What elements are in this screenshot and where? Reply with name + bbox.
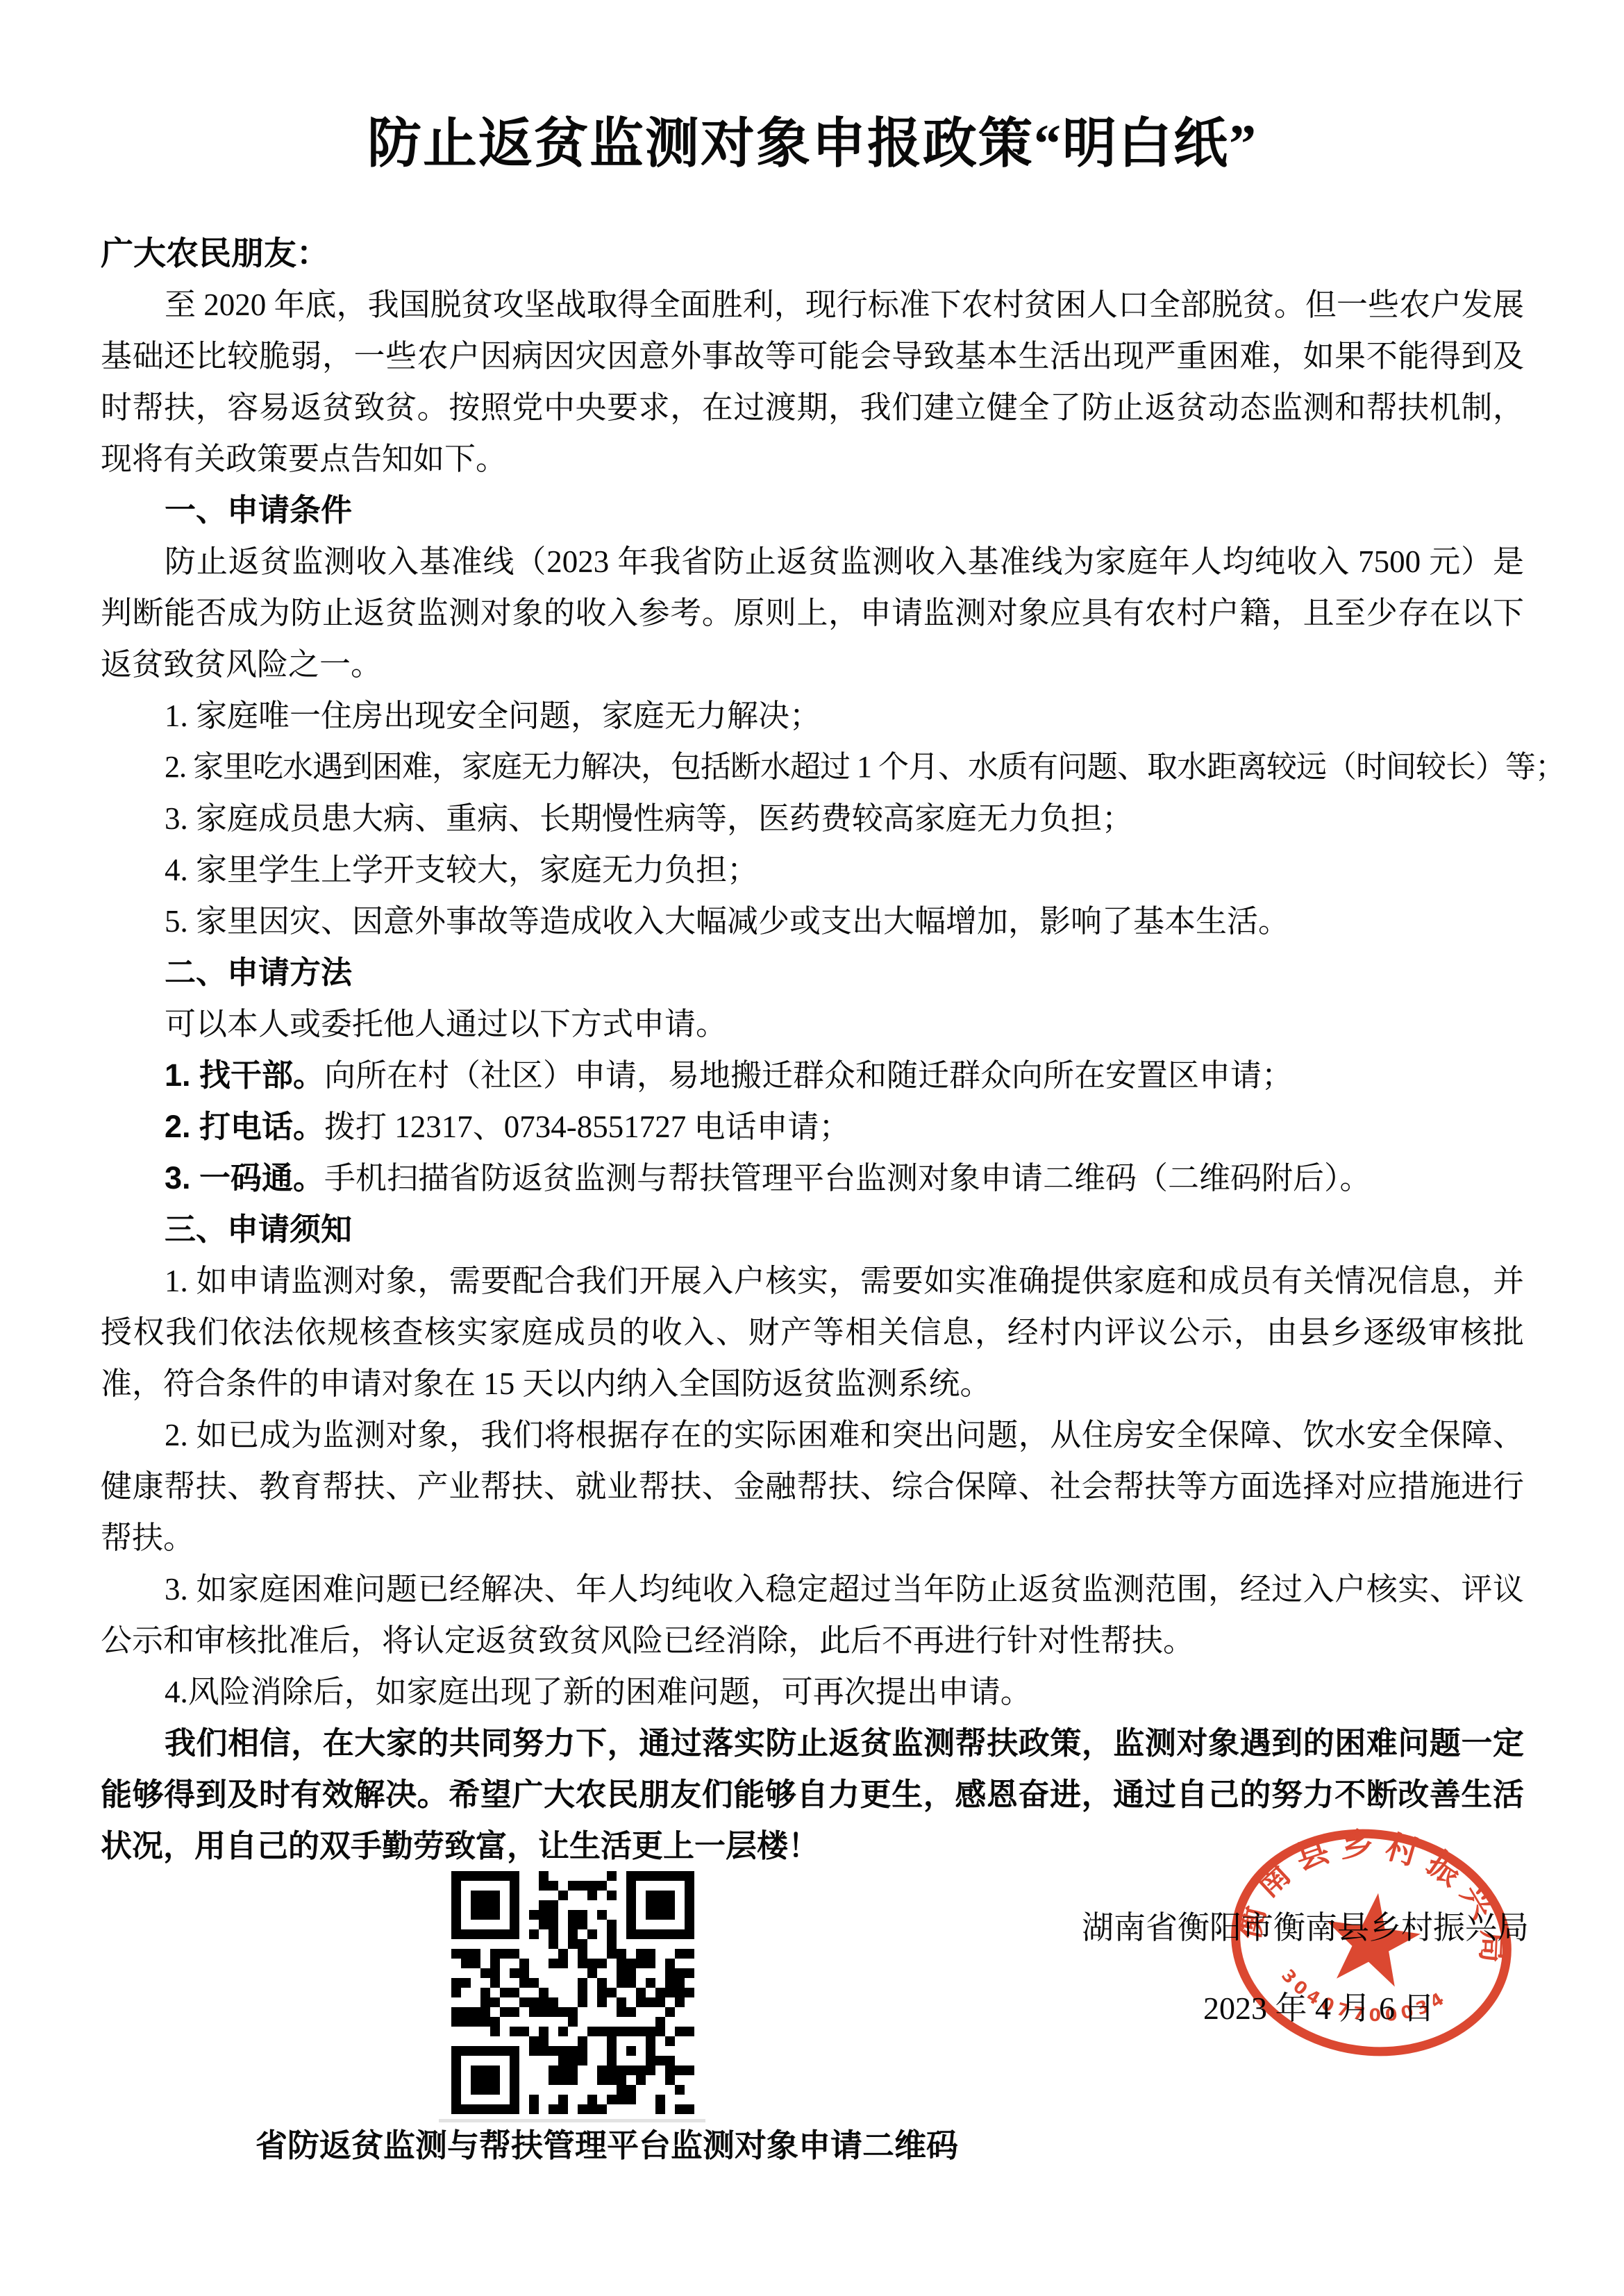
qr-code-image [451, 1871, 694, 2114]
notice-item: 1. 如申请监测对象，需要配合我们开展入户核实，需要如实准确提供家庭和成员有关情… [101, 1255, 1524, 1409]
method-item-label: 2. 打电话。 [165, 1109, 324, 1144]
method-item-text: 手机扫描省防返贫监测与帮扶管理平台监测对象申请二维码（二维码附后）。 [324, 1161, 1371, 1196]
seal-image: 衡南县乡村振兴局 4304077000346 [1210, 1805, 1532, 2079]
list-item: 1. 家庭唯一住房出现安全问题，家庭无力解决； [101, 690, 1524, 741]
notice-item: 2. 如已成为监测对象，我们将根据存在的实际困难和突出问题，从住房安全保障、饮水… [101, 1409, 1524, 1564]
qr-shadow-line [439, 2119, 705, 2122]
document-page: 防止返贫监测对象申报政策“明白纸” 广大农民朋友： 至 2020 年底，我国脱贫… [0, 0, 1624, 2296]
section-heading-2: 二、申请方法 [101, 947, 1524, 998]
qr-code [451, 1871, 694, 2114]
method-item: 2. 打电话。拨打 12317、0734-8551727 电话申请； [101, 1101, 1524, 1153]
method-item-text: 向所在村（社区）申请，易地搬迁群众和随迁群众向所在安置区申请； [324, 1058, 1293, 1093]
method-item-label: 1. 找干部。 [165, 1057, 324, 1093]
section-heading-1: 一、申请条件 [101, 485, 1524, 536]
official-seal: 衡南县乡村振兴局 4304077000346 [1210, 1805, 1532, 2079]
section-heading-3: 三、申请须知 [101, 1204, 1524, 1255]
document-body: 防止返贫监测对象申报政策“明白纸” 广大农民朋友： 至 2020 年底，我国脱贫… [101, 0, 1524, 1872]
body-text: 至 2020 年底，我国脱贫攻坚战取得全面胜利，现行标准下农村贫困人口全部脱贫。… [101, 279, 1524, 1872]
method-item-label: 3. 一码通。 [165, 1160, 324, 1196]
method-item-text: 拨打 12317、0734-8551727 电话申请； [324, 1109, 851, 1144]
list-item: 3. 家庭成员患大病、重病、长期慢性病等，医药费较高家庭无力负担； [101, 793, 1524, 844]
section1-lead: 防止返贫监测收入基准线（2023 年我省防止返贫监测收入基准线为家庭年人均纯收入… [101, 536, 1524, 690]
salutation: 广大农民朋友： [101, 232, 1524, 275]
notice-item: 3. 如家庭困难问题已经解决、年人均纯收入稳定超过当年防止返贫监测范围，经过入户… [101, 1564, 1524, 1666]
seal-star-icon [1319, 1886, 1425, 1989]
list-item: 5. 家里因灾、因意外事故等造成收入大幅减少或支出大幅增加，影响了基本生活。 [101, 896, 1524, 947]
method-item: 1. 找干部。向所在村（社区）申请，易地搬迁群众和随迁群众向所在安置区申请； [101, 1050, 1524, 1101]
list-item: 2. 家里吃水遇到困难，家庭无力解决，包括断水超过 1 个月、水质有问题、取水距… [101, 741, 1524, 793]
list-item: 4. 家里学生上学开支较大，家庭无力负担； [101, 844, 1524, 896]
notice-item: 4.风险消除后，如家庭出现了新的困难问题，可再次提出申请。 [101, 1666, 1524, 1718]
intro-paragraph: 至 2020 年底，我国脱贫攻坚战取得全面胜利，现行标准下农村贫困人口全部脱贫。… [101, 279, 1524, 485]
qr-caption: 省防返贫监测与帮扶管理平台监测对象申请二维码 [256, 2126, 958, 2165]
page-title: 防止返贫监测对象申报政策“明白纸” [101, 106, 1524, 182]
section2-lead: 可以本人或委托他人通过以下方式申请。 [101, 998, 1524, 1050]
method-item: 3. 一码通。手机扫描省防返贫监测与帮扶管理平台监测对象申请二维码（二维码附后）… [101, 1153, 1524, 1204]
